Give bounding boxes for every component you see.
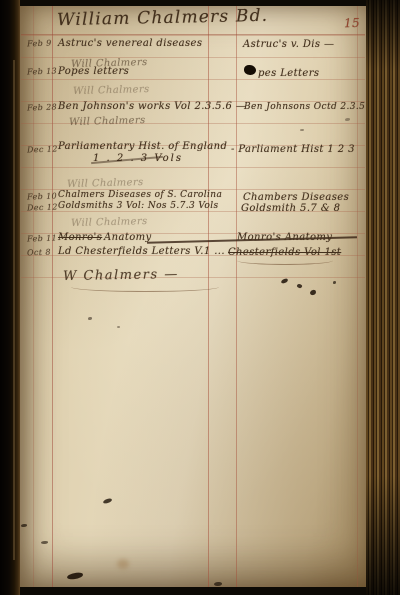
entry-date: Dec 12 <box>27 202 58 212</box>
entry-date: Feb 28 <box>27 102 57 112</box>
ink-spot <box>21 524 27 527</box>
book-fore-edge <box>366 0 400 595</box>
ink-spot <box>296 283 302 289</box>
entry-title: Parliamentary Hist. of England <box>58 141 227 152</box>
entry-note: Astruc's v. Dis — <box>243 39 334 50</box>
entry-title: Ld Chesterfields Letters V.1 ... <box>58 246 225 257</box>
ledger-page: William Chalmers Bd. 15 Feb 9 Astruc's v… <box>19 6 367 587</box>
ink-spot <box>214 582 222 586</box>
ink-spot <box>88 317 92 320</box>
entry-date: Feb 11 <box>27 233 57 243</box>
entry-date: Feb 13 <box>27 66 57 76</box>
entry-title: Popes letters <box>58 66 129 77</box>
ledger-photo: William Chalmers Bd. 15 Feb 9 Astruc's v… <box>0 0 400 595</box>
entry-note: Goldsmith 5.7 & 8 <box>241 203 340 214</box>
entry-title: Goldsmiths 3 Vol: Nos 5.7.3 Vols <box>58 201 219 211</box>
entry-title-struck: Monro's <box>58 232 102 243</box>
entry-date: Dec 12 <box>27 144 58 154</box>
ink-spot <box>103 498 113 504</box>
page-number: 15 <box>344 16 361 31</box>
signature: Will Chalmers <box>71 216 148 229</box>
entry-note: Ben Johnsons Octd 2.3.5.6 <box>244 102 375 112</box>
ink-spot <box>300 129 304 131</box>
fore-edge-shading <box>366 0 400 595</box>
ink-spot <box>41 541 48 544</box>
ink-blot <box>244 65 256 75</box>
ink-spot <box>281 278 289 284</box>
entry-note: - Parliament Hist 1 2 3 <box>231 144 355 155</box>
entry-note: Chambers Diseases <box>243 192 349 203</box>
ink-spot <box>117 326 120 328</box>
entry-title: Anatomy <box>104 232 152 243</box>
flourish-underline <box>237 256 333 265</box>
signature: Will Chalmers <box>73 84 150 97</box>
signature: Will Chalmers <box>67 177 144 190</box>
entry-title: Ben Johnson's works Vol 2.3.5.6 — <box>58 101 246 112</box>
book-gutter <box>0 0 20 595</box>
entry-note: Monro's Anatomy <box>237 232 332 243</box>
entry-date: Oct 8 <box>27 248 51 258</box>
stain <box>117 559 129 569</box>
entry-date: Feb 10 <box>27 191 57 201</box>
entry-note: pes Letters <box>258 68 319 79</box>
signature-underline <box>71 282 219 292</box>
entry-title: Astruc's venereal diseases <box>58 38 202 49</box>
signature: Will Chalmers <box>69 115 146 128</box>
ink-spot <box>333 281 336 284</box>
page-edge-strip <box>13 60 15 560</box>
ink-spot <box>310 290 317 296</box>
ink-smudge <box>67 572 84 580</box>
entry-date: Feb 9 <box>27 39 52 49</box>
entry-title: Chalmers Diseases of S. Carolina <box>58 190 222 200</box>
